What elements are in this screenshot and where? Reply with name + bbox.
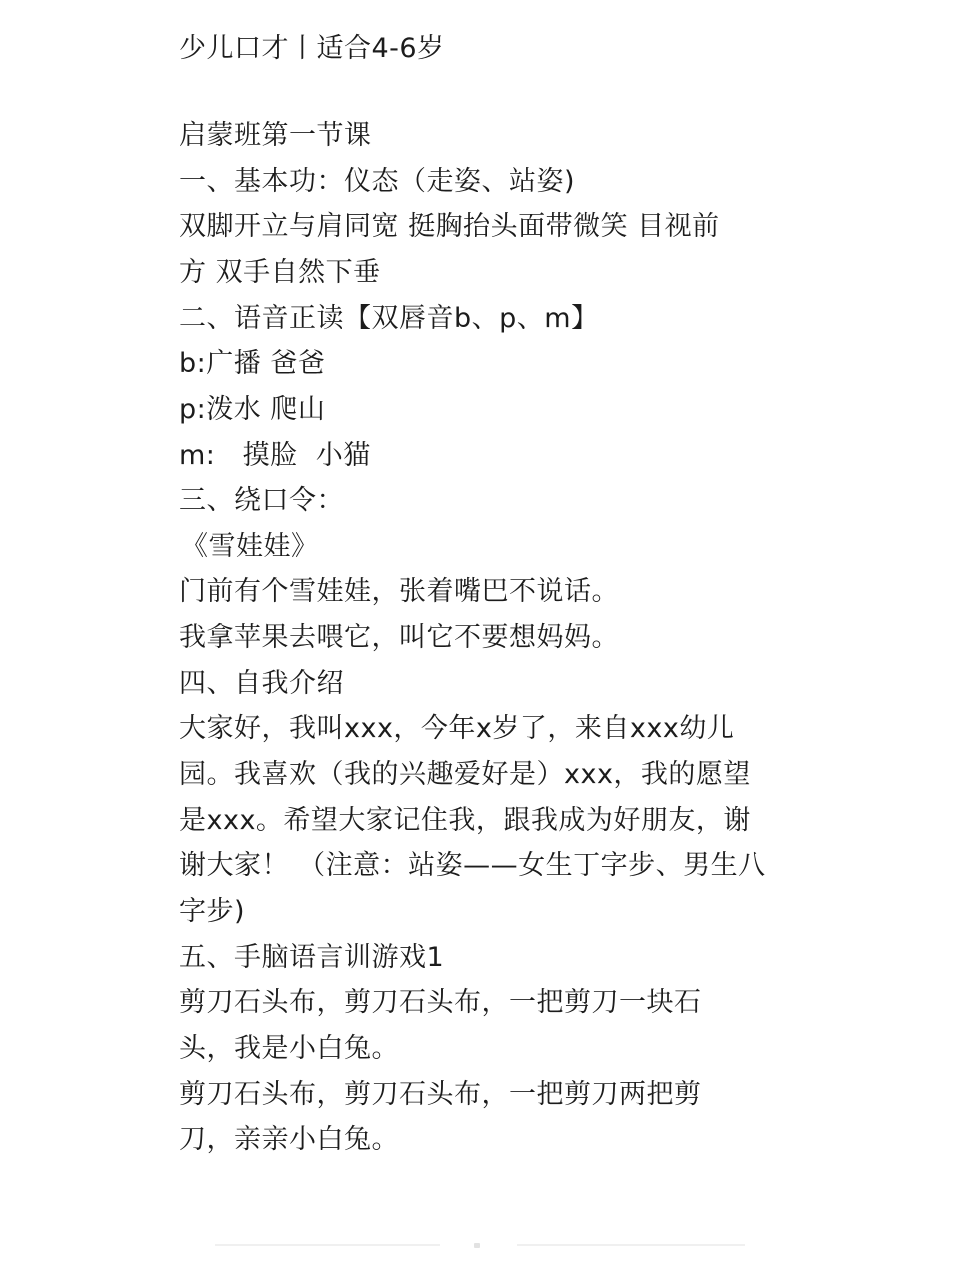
section-4-heading: 四、自我介绍 bbox=[179, 661, 344, 707]
section-4-text: 园。我喜欢（我的兴趣爱好是）xxx，我的愿望 bbox=[179, 752, 751, 798]
section-2-text: p:泼水 爬山 bbox=[179, 387, 325, 433]
section-4-text: 大家好，我叫xxx，今年x岁了，来自xxx幼儿 bbox=[179, 706, 734, 752]
section-5-heading: 五、手脑语言训游戏1 bbox=[179, 935, 444, 981]
footer-divider bbox=[215, 1244, 745, 1247]
section-1-text: 双脚开立与肩同宽 挺胸抬头面带微笑 目视前 bbox=[179, 204, 720, 250]
section-4-text: 谢大家！ （注意：站姿——女生丁字步、男生八 bbox=[179, 843, 766, 889]
poem-line: 我拿苹果去喂它，叫它不要想妈妈。 bbox=[179, 615, 619, 661]
section-5-text: 刀，亲亲小白兔。 bbox=[179, 1117, 399, 1163]
section-2-text: b:广播 爸爸 bbox=[179, 341, 325, 387]
section-5-text: 剪刀石头布，剪刀石头布，一把剪刀一块石 bbox=[179, 980, 702, 1026]
divider-line-right bbox=[517, 1244, 745, 1246]
section-1-text: 方 双手自然下垂 bbox=[179, 250, 381, 296]
section-4-text: 是xxx。希望大家记住我，跟我成为好朋友，谢 bbox=[179, 798, 751, 844]
section-5-text: 头，我是小白兔。 bbox=[179, 1026, 399, 1072]
divider-line-left bbox=[215, 1244, 440, 1246]
section-2-text: m: 摸脸 小猫 bbox=[179, 433, 371, 479]
document-title: 少儿口才丨适合4-6岁 bbox=[179, 26, 445, 72]
section-4-text: 字步) bbox=[179, 889, 245, 935]
poem-title: 《雪娃娃》 bbox=[181, 524, 319, 570]
section-3-heading: 三、绕口令： bbox=[179, 478, 344, 524]
poem-line: 门前有个雪娃娃，张着嘴巴不说话。 bbox=[179, 569, 619, 615]
section-1-heading: 一、基本功：仪态（走姿、站姿) bbox=[179, 159, 575, 205]
section-2-heading: 二、语音正读【双唇音b、p、m】 bbox=[179, 296, 599, 342]
lesson-title: 启蒙班第一节课 bbox=[179, 113, 372, 159]
section-5-text: 剪刀石头布，剪刀石头布，一把剪刀两把剪 bbox=[179, 1072, 702, 1118]
divider-dot-icon bbox=[474, 1243, 480, 1248]
